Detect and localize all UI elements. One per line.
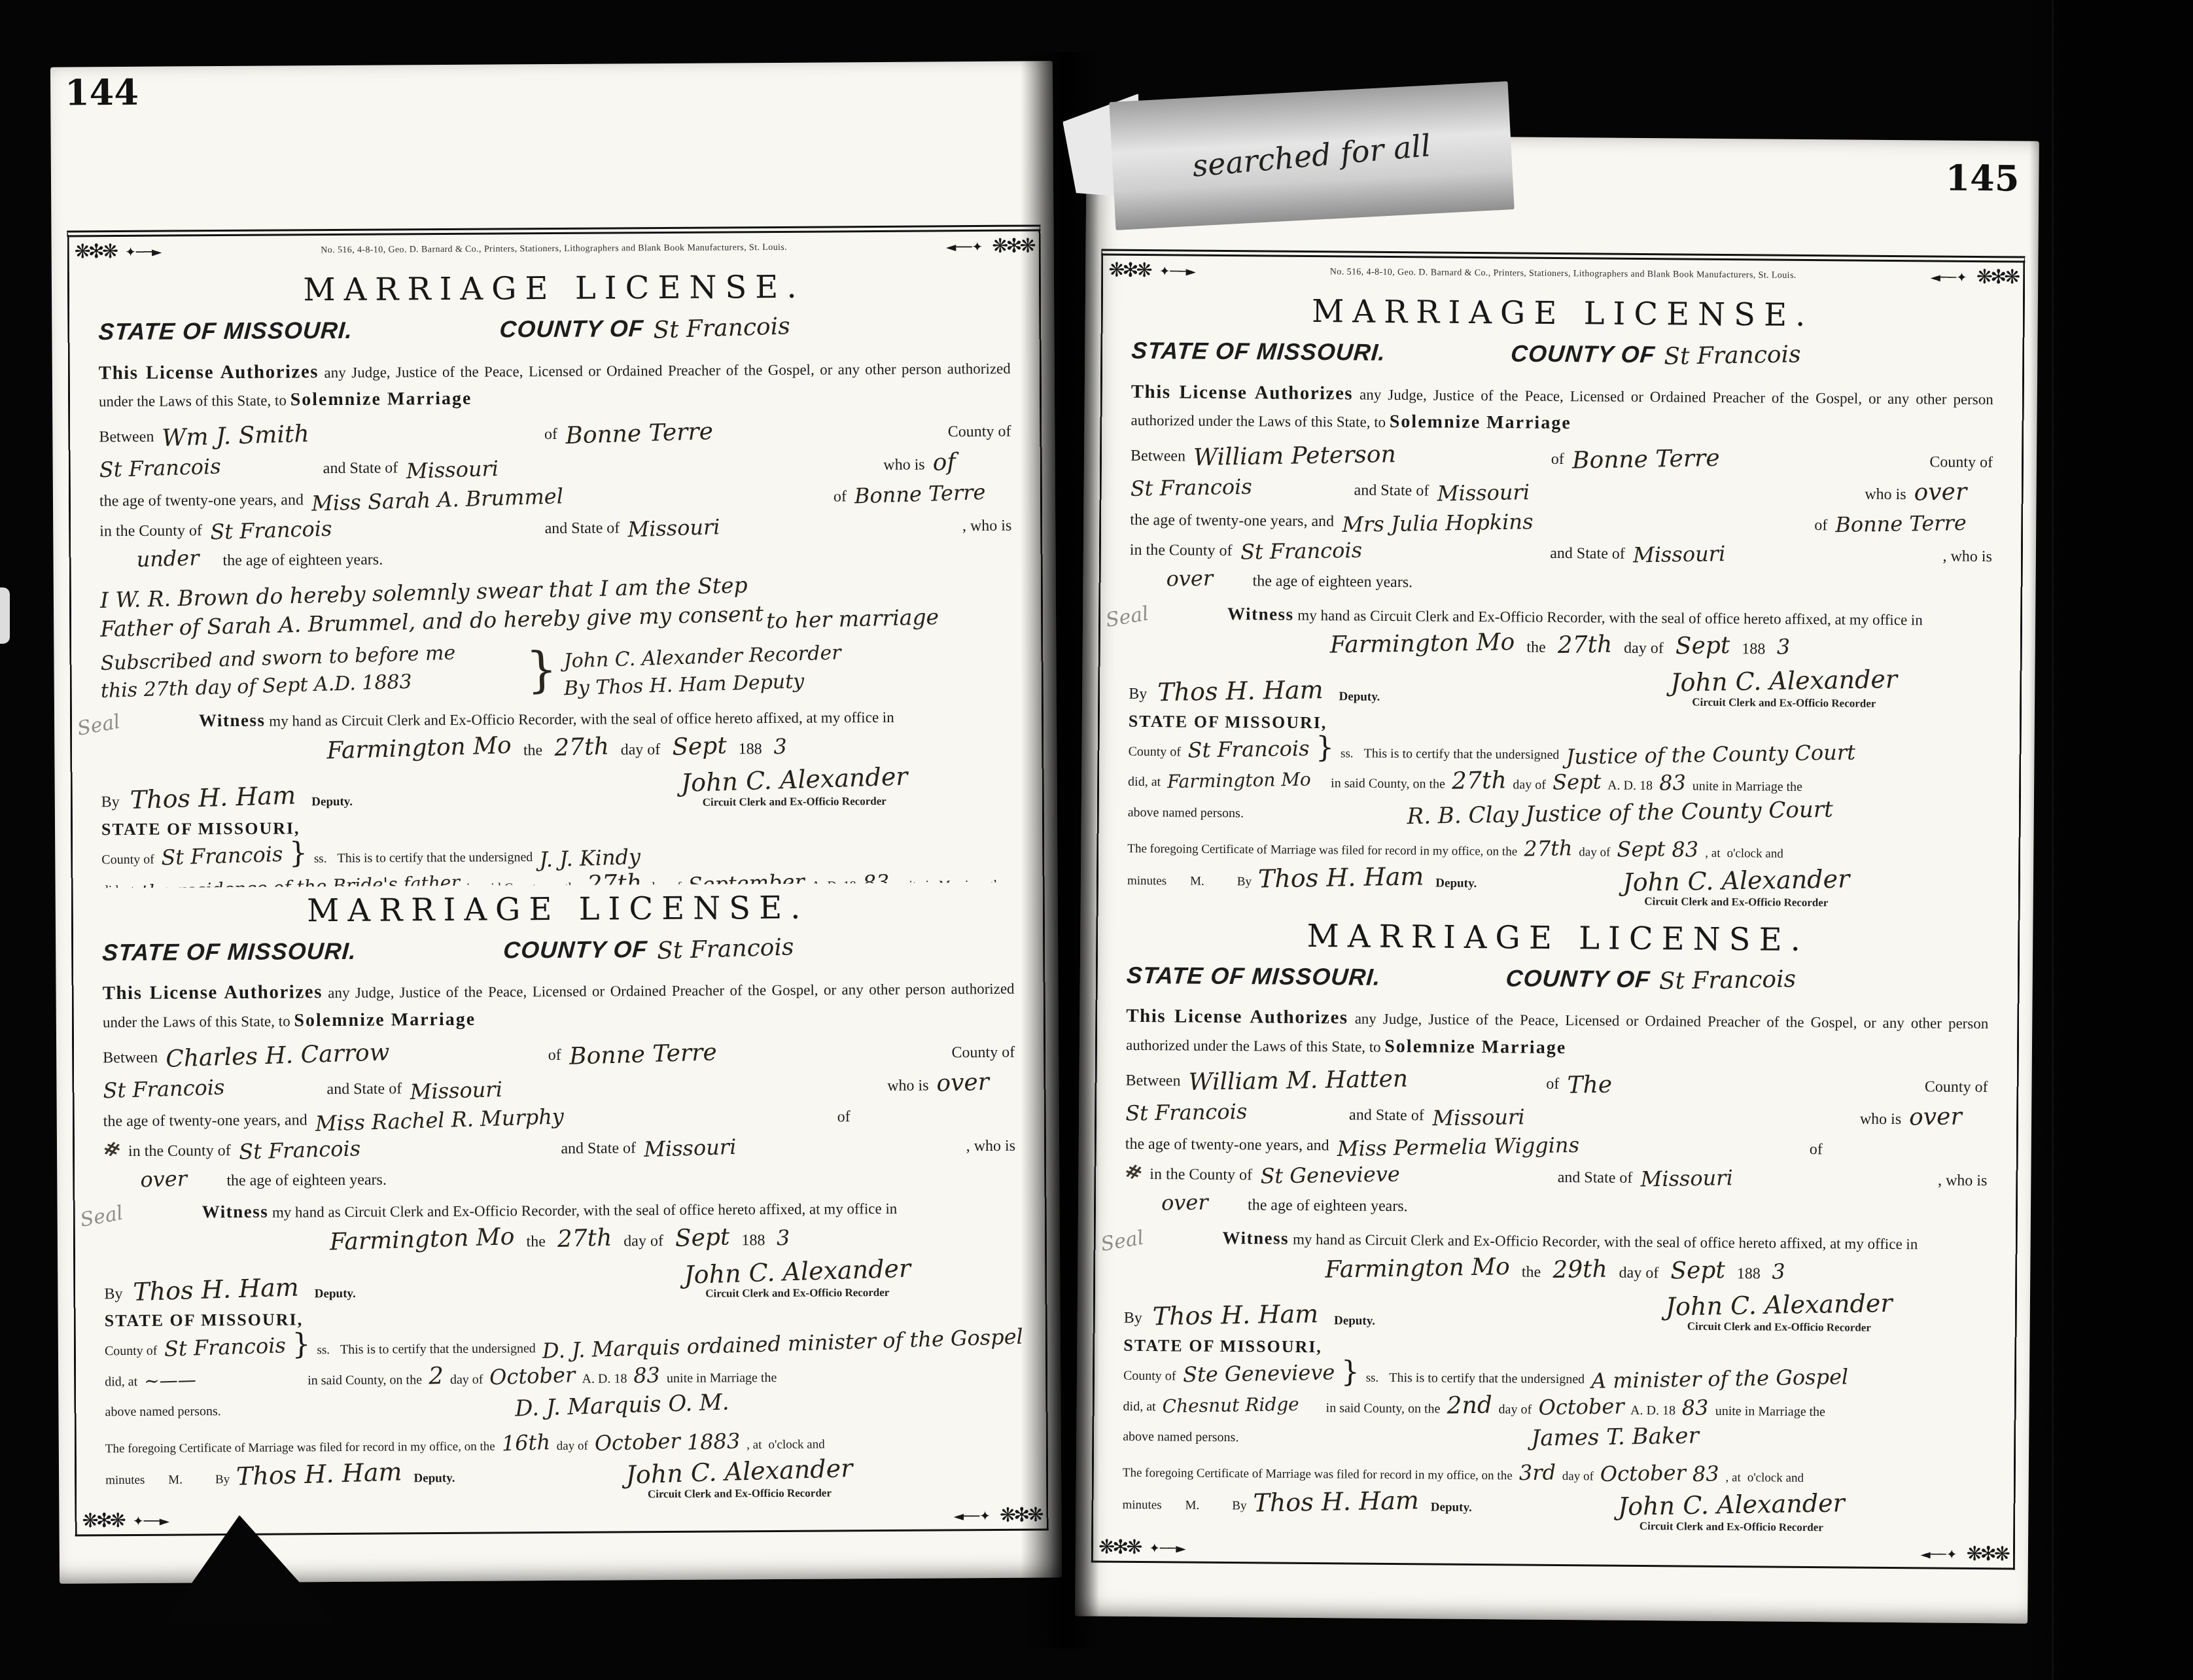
the-label: the: [526, 1232, 546, 1251]
arrow-ornament-icon: ◄──✦: [1920, 1547, 1957, 1560]
certify-label: This is to certify that the undersigned: [1363, 745, 1559, 763]
day-of-label: day of: [1498, 1401, 1532, 1418]
ss-label: ss.: [314, 852, 327, 865]
county-value: St Francois: [1659, 966, 1797, 995]
seal-note: Seal: [1100, 1229, 1146, 1255]
page-number-left: 144: [65, 75, 139, 111]
bride-age-qualifier: over: [1166, 566, 1245, 591]
marriage-license-form-4: MARRIAGE LICENSE. STATE OF MISSOURI. COU…: [1093, 910, 2018, 1542]
witness-day: 27th: [557, 1225, 612, 1253]
cert-officiant: Justice of the County Court: [1566, 738, 1991, 769]
witness-place: Farmington Mo: [1330, 629, 1515, 659]
certificate-block: STATE OF MISSOURI, County ofSte Geneviev…: [1123, 1337, 1986, 1454]
witness-text: my hand as Circuit Clerk and Ex-Officio …: [1297, 607, 1923, 629]
the-label: the: [1526, 638, 1546, 657]
groom-state-row: St Francoisand State ofMissouriwho isove…: [103, 1069, 1015, 1102]
cert-year: 83: [1659, 771, 1686, 795]
witness-day: 27th: [554, 733, 610, 761]
age-21-label: the age of twenty-one years, and: [103, 1111, 307, 1132]
county-of-label: COUNTY OF: [1510, 342, 1656, 367]
county-of-label: County of: [1929, 453, 1993, 473]
and-state-of-label: and State of: [1558, 1168, 1633, 1188]
marriage-license-form-2: MARRIAGE LICENSE. STATE OF MISSOURI. COU…: [73, 882, 1047, 1509]
solemnize-label: Solemnize Marriage: [294, 1009, 476, 1030]
groom-county: St Francois: [1125, 1098, 1342, 1125]
filed-deputy-signature: Thos H. Ham: [1253, 1486, 1419, 1518]
bride-name: Miss Sarah A. Brummel: [311, 476, 826, 516]
day-of-label: day of: [1562, 1469, 1594, 1485]
bride-age-row: underthe age of eighteen years.: [99, 542, 1011, 572]
corner-rosette-icon: ❋✻❋: [82, 1511, 124, 1531]
corner-rosette-icon: ❋✻❋: [1966, 1545, 2008, 1564]
signature-row: ByThos H. HamDeputy. John C. AlexanderCi…: [1124, 1286, 1986, 1336]
groom-state-row: St Francoisand State ofMissouriwho isof: [99, 448, 1011, 481]
bride-state-row: #in the County ofSt Genevieveand State o…: [1125, 1160, 1987, 1191]
in-county-label: in the County of: [128, 1141, 231, 1161]
witness-place: Farmington Mo: [1325, 1253, 1510, 1284]
bride-row: the age of twenty-one years, andMiss Sar…: [99, 481, 1011, 512]
day-of-label: day of: [621, 740, 661, 760]
bride-row: the age of twenty-one years, andMiss Rac…: [103, 1102, 1015, 1132]
witness-text: my hand as Circuit Clerk and Ex-Officio …: [272, 1200, 898, 1221]
solemnize-label: Solemnize Marriage: [1390, 411, 1571, 433]
cert-officiant: A minister of the Gospel: [1591, 1363, 1986, 1393]
filed-clerk-signature: John C. Alexander: [1483, 862, 1990, 900]
bride-county: St Francois: [1240, 535, 1542, 564]
arrow-ornament-icon: ◄──✦: [954, 1509, 991, 1522]
groom-residence: Bonne Terre: [565, 411, 941, 449]
filed-day: 27th: [1524, 836, 1573, 861]
age-18-label: the age of eighteen years.: [1252, 571, 1412, 592]
bride-age-qualifier: under: [136, 546, 215, 572]
groom-county: St Francois: [99, 452, 315, 483]
of-label: of: [1814, 516, 1827, 535]
witness-label: Witness: [1227, 604, 1294, 624]
year-188-label: 188: [741, 1231, 765, 1250]
deputy-caption: Deputy.: [311, 796, 353, 808]
subscribed-sworn-block: Subscribed and sworn to before methis 27…: [100, 640, 1012, 701]
groom-age-qualifier: of: [932, 447, 1011, 477]
state-county-row: STATE OF MISSOURI. COUNTY OFSt Francois: [98, 313, 1010, 346]
county-value: St Francois: [656, 934, 794, 965]
of-label: of: [837, 1108, 851, 1127]
witness-date-row: Farmington Mothe27thday ofSept1883: [101, 731, 1013, 763]
above-named-label: above named persons.: [1128, 805, 1244, 822]
and-state-of-label: and State of: [561, 1139, 636, 1159]
bride-state: Missouri: [627, 508, 955, 542]
cert-month: October: [1538, 1394, 1624, 1420]
certificate-block: STATE OF MISSOURI, County ofSt Francois}…: [105, 1307, 1017, 1422]
groom-name: William M. Hatten: [1188, 1063, 1538, 1096]
filed-year: 83: [1693, 1462, 1719, 1486]
form-title: MARRIAGE LICENSE.: [102, 888, 1014, 930]
witness-date-row: Farmington Mothe29thday ofSept1883: [1124, 1253, 1986, 1287]
witness-place: Farmington Mo: [329, 1223, 515, 1256]
record-book-photo: 144 ❋✻❋ ✦──► No. 516, 4-8-10, Geo. D. Ba…: [0, 0, 2193, 1680]
unite-label: unite in Marriage the: [1715, 1403, 1825, 1420]
county-value: St Francois: [653, 313, 790, 344]
m-label: M.: [168, 1473, 183, 1488]
groom-age-qualifier: over: [1909, 1103, 1988, 1131]
ss-label: ss.: [1366, 1372, 1379, 1384]
year-188-label: 188: [739, 739, 762, 759]
bride-age-qualifier: over: [1161, 1190, 1240, 1216]
groom-age-qualifier: over: [936, 1068, 1015, 1097]
by-label: By: [104, 1284, 122, 1304]
witness-month: Sept: [1670, 1257, 1725, 1285]
state-label: STATE OF MISSOURI.: [1131, 339, 1386, 364]
by-label: By: [1237, 874, 1252, 890]
arrow-ornament-icon: ✦──►: [133, 1514, 169, 1528]
witness-clause: SealWitness my hand as Circuit Clerk and…: [1129, 603, 1991, 631]
state-county-row: STATE OF MISSOURI. COUNTY OFSt Francois: [1127, 962, 1989, 996]
bride-residence: Bonne Terre: [1835, 510, 1993, 537]
witness-month: Sept: [675, 1223, 730, 1252]
seal-note: Seal: [76, 712, 122, 739]
certify-label: This is to certify that the undersigned: [337, 849, 533, 867]
county-of-label: COUNTY OF: [499, 317, 645, 341]
county-of-label: County of: [101, 852, 154, 868]
bride-row: the age of twenty-one years, andMrs Juli…: [1130, 506, 1992, 536]
cert-officiant: D. J. Marquis ordained minister of the G…: [542, 1325, 1023, 1363]
at-label: , at: [746, 1437, 762, 1453]
book-gutter-shadow: [1021, 52, 1099, 1649]
ink-scratch: #: [1121, 1161, 1145, 1185]
groom-row: BetweenWilliam M. HattenofTheCounty of: [1125, 1064, 1988, 1098]
witness-day: 29th: [1553, 1256, 1607, 1284]
ink-scratch: #: [100, 1138, 124, 1163]
year-188-label: 188: [1737, 1264, 1761, 1284]
bride-row: the age of twenty-one years, andMiss Per…: [1125, 1130, 1988, 1161]
day-of-label: day of: [623, 1231, 663, 1251]
ad-18-label: A. D. 18: [1630, 1403, 1675, 1420]
deputy-caption: Deputy.: [1431, 1501, 1472, 1514]
page-number-right: 145: [1945, 160, 2019, 196]
in-county-label: in the County of: [1130, 540, 1233, 561]
between-label: Between: [1125, 1070, 1180, 1091]
county-of-label: County of: [1925, 1077, 1988, 1097]
by-label: By: [1232, 1498, 1246, 1514]
right-page: 145 ❋✻❋ ✦──► No. 516, 4-8-10, Geo. D. Ba…: [1075, 133, 2039, 1623]
ss-label: ss.: [1341, 747, 1354, 760]
minutes-label: minutes: [1122, 1497, 1161, 1513]
year-188-label: 188: [1742, 640, 1765, 659]
groom-row: BetweenWm J. SmithofBonne TerreCounty of: [99, 415, 1011, 448]
filed-day: 3rd: [1518, 1461, 1556, 1486]
who-is-label: who is: [887, 1076, 929, 1095]
who-is-label: who is: [1865, 485, 1906, 504]
brace-glyph: }: [1316, 736, 1334, 759]
bride-residence: [858, 1119, 1015, 1123]
county-of-label: County of: [105, 1343, 158, 1359]
authorization-paragraph: This License Authorizes any Judge, Justi…: [1126, 1002, 1989, 1065]
minutes-label: minutes: [105, 1473, 145, 1488]
age-18-label: the age of eighteen years.: [1248, 1196, 1408, 1217]
day-of-label: day of: [1619, 1263, 1658, 1283]
witness-label: Witness: [1223, 1228, 1289, 1248]
cert-place: Farmington Mo: [1167, 769, 1325, 793]
state-label: STATE OF MISSOURI.: [1125, 964, 1381, 989]
bride-state-row: in the County ofSt Francoisand State ofM…: [1130, 536, 1992, 567]
corner-rosette-icon: ❋✻❋: [75, 242, 116, 262]
at-label: , at: [1725, 1470, 1740, 1486]
arrow-ornament-icon: ◄──✦: [1931, 270, 1967, 283]
corner-rosette-icon: ❋✻❋: [1108, 261, 1150, 281]
the-label: the: [523, 741, 543, 760]
m-label: M.: [1185, 1498, 1200, 1514]
left-page-frame: ❋✻❋ ✦──► No. 516, 4-8-10, Geo. D. Barnar…: [67, 224, 1048, 1536]
deputy-signature: Thos H. Ham: [130, 782, 296, 815]
seal-note: Seal: [1104, 604, 1150, 631]
in-said-county-label: in said County, on the: [307, 1372, 422, 1389]
groom-county: St Francois: [1130, 474, 1346, 501]
deputy-caption: Deputy.: [315, 1287, 356, 1299]
filed-month: October: [594, 1429, 680, 1456]
signature-row: ByThos H. HamDeputy. John C. AlexanderCi…: [104, 1256, 1016, 1304]
witness-year: 3: [773, 734, 787, 758]
the-label: the: [1522, 1263, 1541, 1282]
groom-row: BetweenCharles H. CarrowofBonne TerreCou…: [103, 1036, 1015, 1068]
who-is-label: , who is: [1938, 1171, 1988, 1191]
witness-clause: SealWitness my hand as Circuit Clerk and…: [1125, 1227, 1987, 1255]
filed-year: 1883: [686, 1429, 741, 1454]
searched-note-slip: searched for all: [1109, 81, 1514, 230]
of-label: of: [544, 425, 557, 444]
bride-county: St Genevieve: [1260, 1160, 1550, 1189]
brace-glyph: }: [292, 1333, 310, 1356]
day-of-label: day of: [1624, 639, 1664, 658]
bride-state-row: in the County ofSt Francoisand State ofM…: [99, 512, 1011, 542]
consent-line: to her marriage: [766, 603, 939, 637]
ad-18-label: A. D. 18: [582, 1371, 627, 1387]
printer-imprint: No. 516, 4-8-10, Geo. D. Barnard & Co., …: [1205, 266, 1921, 282]
authorizes-label: This License Authorizes: [1126, 1006, 1348, 1028]
bride-residence: Bonne Terre: [854, 480, 1011, 508]
groom-row: BetweenWilliam PetersonofBonne TerreCoun…: [1131, 440, 1993, 474]
by-label: By: [1129, 684, 1147, 704]
state-county-row: STATE OF MISSOURI. COUNTY OFSt Francois: [102, 934, 1014, 966]
corner-rosette-icon: ❋✻❋: [1976, 268, 2018, 287]
state-label: STATE OF MISSOURI.: [97, 319, 353, 343]
oclock-label: o'clock and: [768, 1437, 824, 1452]
authorizes-label: This License Authorizes: [102, 981, 322, 1004]
groom-name: Charles H. Carrow: [166, 1034, 541, 1073]
printer-imprint: No. 516, 4-8-10, Geo. D. Barnard & Co., …: [171, 241, 937, 257]
who-is-label: , who is: [966, 1136, 1016, 1156]
deputy-signature: Thos H. Ham: [1157, 676, 1324, 707]
witness-year: 3: [777, 1226, 790, 1250]
groom-state-row: St Francoisand State ofMissouriwho isove…: [1125, 1097, 1988, 1131]
certificate-block: STATE OF MISSOURI, County ofSt Francois}…: [101, 816, 1014, 888]
clerk-signature: John C. Alexander: [1577, 663, 1991, 699]
arrow-ornament-icon: ✦──►: [125, 245, 162, 258]
did-at-label: did, at: [1123, 1399, 1156, 1415]
cert-county: St Francois: [164, 1334, 286, 1361]
solemnize-label: Solemnize Marriage: [1384, 1036, 1566, 1058]
slip-note-text: searched for all: [1191, 130, 1432, 181]
groom-state-row: St Francoisand State ofMissouriwho isove…: [1131, 472, 1993, 506]
deputy-signature: Thos H. Ham: [133, 1273, 300, 1306]
filed-month: October: [1600, 1461, 1687, 1486]
state-label: STATE OF MISSOURI.: [101, 939, 357, 964]
seal-note: Seal: [79, 1204, 125, 1231]
bride-county: St Francois: [238, 1131, 553, 1164]
witness-place: Farmington Mo: [326, 732, 512, 765]
form-title: MARRIAGE LICENSE.: [1132, 292, 1994, 336]
county-of-label: COUNTY OF: [1505, 966, 1651, 991]
and-state-of-label: and State of: [1550, 544, 1625, 564]
and-state-of-label: and State of: [545, 518, 620, 538]
deputy-signature: Thos H. Ham: [1152, 1301, 1318, 1332]
filed-block: The foregoing Certificate of Marriage wa…: [1122, 1453, 1985, 1536]
authorizes-label: This License Authorizes: [1131, 381, 1354, 404]
signature-row: ByThos H. HamDeputy. John C. AlexanderCi…: [1129, 662, 1991, 712]
state-county-row: STATE OF MISSOURI. COUNTY OFSt Francois: [1131, 338, 1993, 372]
county-value: St Francois: [1664, 341, 1801, 371]
witness-clause: SealWitness my hand as Circuit Clerk and…: [104, 1197, 1016, 1224]
oclock-label: o'clock and: [1727, 846, 1783, 862]
witness-label: Witness: [199, 710, 266, 731]
bride-name: Miss Permelia Wiggins: [1337, 1130, 1802, 1162]
day-of-label: day of: [450, 1372, 483, 1388]
bride-state: Missouri: [1640, 1163, 1930, 1191]
witness-text: my hand as Circuit Clerk and Ex-Officio …: [1293, 1231, 1918, 1253]
foregoing-label: The foregoing Certificate of Marriage wa…: [1127, 841, 1517, 860]
cert-officiant: J. J. Kindy: [539, 833, 1014, 872]
groom-residence: Bonne Terre: [1571, 442, 1921, 474]
cert-year: 83: [633, 1363, 661, 1388]
county-of-label: County of: [1123, 1368, 1176, 1385]
of-label: of: [1551, 449, 1564, 469]
who-is-label: , who is: [962, 516, 1012, 536]
in-said-county-label: in said County, on the: [1331, 776, 1445, 793]
marriage-license-form-1: MARRIAGE LICENSE. STATE OF MISSOURI. COU…: [69, 261, 1043, 888]
in-said-county-label: in said County, on the: [1326, 1400, 1441, 1417]
witness-label: Witness: [202, 1202, 269, 1222]
filed-day: 16th: [501, 1430, 550, 1456]
consent-statement: I W. R. Brown do hereby solemnly swear t…: [100, 575, 1013, 639]
corner-rosette-icon: ❋✻❋: [1098, 1538, 1140, 1558]
by-label: By: [101, 792, 120, 812]
m-label: M.: [1190, 873, 1204, 889]
day-of-label: day of: [1513, 777, 1546, 794]
groom-state: Missouri: [1432, 1100, 1853, 1130]
filed-year: 83: [1672, 837, 1698, 862]
foregoing-label: The foregoing Certificate of Marriage wa…: [1123, 1465, 1513, 1484]
witness-day: 27th: [1557, 631, 1612, 659]
arrow-ornament-icon: ◄──✦: [946, 240, 983, 253]
cert-month: Sept: [1553, 770, 1602, 795]
cert-day: 2: [428, 1363, 444, 1390]
cert-month: October: [489, 1363, 576, 1390]
cert-place: Chesnut Ridge: [1162, 1393, 1320, 1417]
groom-age-qualifier: over: [1914, 478, 1993, 506]
bride-state: Missouri: [644, 1129, 959, 1162]
cert-year: 83: [1682, 1395, 1709, 1420]
groom-residence: The: [1567, 1066, 1917, 1098]
form-title: MARRIAGE LICENSE.: [98, 268, 1010, 310]
clerk-signature: John C. Alexander: [1572, 1288, 1986, 1323]
filed-block: The foregoing Certificate of Marriage wa…: [1127, 829, 1990, 912]
marriage-license-form-3: MARRIAGE LICENSE. STATE OF MISSOURI. COU…: [1098, 286, 2023, 918]
ad-18-label: A. D. 18: [1607, 778, 1653, 795]
county-of-label: County of: [1128, 743, 1181, 760]
by-label: By: [215, 1472, 230, 1488]
bride-state: Missouri: [1633, 538, 1935, 567]
in-county-label: in the County of: [99, 521, 202, 541]
authorization-paragraph: This License Authorizes any Judge, Justi…: [102, 974, 1014, 1036]
age-18-label: the age of eighteen years.: [222, 550, 383, 570]
brace-glyph: }: [525, 648, 558, 692]
bride-county: St Francois: [209, 510, 537, 544]
minutes-label: minutes: [1127, 873, 1167, 889]
authorizes-label: This License Authorizes: [99, 361, 319, 383]
certify-label: This is to certify that the undersigned: [1389, 1370, 1585, 1388]
witness-date-row: Farmington Mothe27thday ofSept1883: [1129, 628, 1991, 662]
filed-deputy-signature: Thos H. Ham: [236, 1458, 402, 1492]
officiant-signature: R. B. Clay Justice of the County Court: [1250, 794, 1990, 832]
brace-glyph: }: [1341, 1361, 1360, 1384]
day-of-label: day of: [1579, 845, 1610, 860]
unite-label: unite in Marriage the: [667, 1370, 777, 1387]
at-label: , at: [1705, 846, 1720, 862]
oclock-label: o'clock and: [1747, 1471, 1804, 1486]
and-state-of-label: and State of: [326, 1079, 402, 1099]
witness-text: my hand as Circuit Clerk and Ex-Officio …: [269, 709, 894, 729]
arrow-ornament-icon: ✦──►: [1159, 264, 1196, 277]
authorization-paragraph: This License Authorizes any Judge, Justi…: [99, 353, 1011, 415]
between-label: Between: [103, 1047, 158, 1068]
age-21-label: the age of twenty-one years, and: [1125, 1134, 1329, 1155]
form-title: MARRIAGE LICENSE.: [1127, 917, 1989, 960]
in-county-label: in the County of: [1149, 1164, 1252, 1185]
age-21-label: the age of twenty-one years, and: [99, 490, 304, 511]
county-of-label: COUNTY OF: [502, 937, 648, 962]
ss-label: ss.: [317, 1344, 330, 1356]
bride-residence: [1831, 1154, 1988, 1157]
between-label: Between: [1131, 446, 1185, 466]
state-of-missouri-small: STATE OF MISSOURI,: [1129, 712, 1991, 736]
filed-clerk-signature: John C. Alexander: [1478, 1487, 1984, 1524]
witness-date-row: Farmington Mothe27thday ofSept1883: [104, 1223, 1016, 1255]
by-label: By: [1124, 1308, 1142, 1328]
cert-county: St Francois: [1187, 736, 1310, 762]
filed-block: The foregoing Certificate of Marriage wa…: [105, 1423, 1018, 1505]
page-edge-glint: [0, 587, 10, 644]
arrow-ornament-icon: ✦──►: [1149, 1541, 1185, 1554]
filed-deputy-signature: Thos H. Ham: [1258, 862, 1424, 894]
book-edge: [2029, 0, 2193, 1680]
above-named-label: above named persons.: [105, 1404, 220, 1421]
of-label: of: [1546, 1074, 1559, 1093]
groom-name: William Peterson: [1193, 438, 1543, 471]
county-of-label: County of: [948, 422, 1011, 442]
right-page-frame: ❋✻❋ ✦──► No. 516, 4-8-10, Geo. D. Barnar…: [1091, 249, 2026, 1570]
of-label: of: [548, 1045, 561, 1065]
and-state-of-label: and State of: [323, 459, 398, 479]
witness-year: 3: [1777, 635, 1791, 659]
foregoing-label: The foregoing Certificate of Marriage wa…: [105, 1439, 495, 1456]
groom-county: St Francois: [103, 1072, 319, 1103]
deputy-caption: Deputy.: [1435, 877, 1477, 889]
and-state-of-label: and State of: [1354, 481, 1430, 501]
state-of-missouri-small: STATE OF MISSOURI,: [105, 1307, 1017, 1330]
of-label: of: [1810, 1140, 1823, 1159]
authorization-paragraph: This License Authorizes any Judge, Justi…: [1131, 377, 1993, 440]
bride-age-qualifier: over: [140, 1166, 219, 1192]
cert-county: Ste Genevieve: [1182, 1361, 1335, 1388]
and-state-of-label: and State of: [1349, 1105, 1424, 1125]
